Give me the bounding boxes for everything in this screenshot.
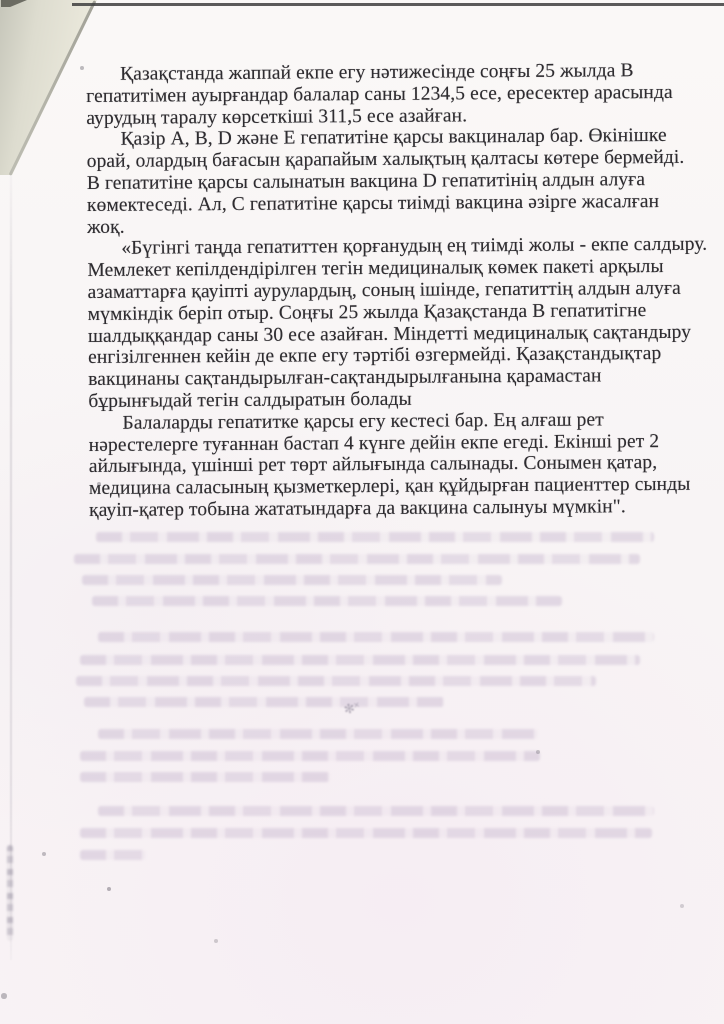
- faint-text-line: [80, 828, 652, 838]
- faint-text-line: [84, 697, 444, 707]
- paragraph: Қазақстанда жаппай екпе егу нәтижесінде …: [86, 60, 668, 129]
- faint-text-line: [80, 772, 330, 782]
- text-line: көмектеседі. Ал, С гепатитіне қарсы тиім…: [87, 191, 669, 217]
- document-text: Қазақстанда жаппай екпе егу нәтижесінде …: [86, 60, 671, 522]
- faint-text-line: [82, 575, 502, 585]
- faint-text-line: [80, 751, 540, 761]
- text-line: гепатитімен ауырғандар балалар саны 1234…: [86, 82, 668, 108]
- paragraph: Қазір А, В, D және Е гепатитіне қарсы ва…: [86, 125, 669, 238]
- scan-left-edge-line: [10, 170, 12, 960]
- faint-text-line: [98, 806, 654, 816]
- faint-text-line: [96, 532, 654, 542]
- paragraph: «Бүгінгі таңда гепатиттен қорғанудың ең …: [87, 234, 670, 412]
- text-line: вакцинаны сақтандырылған-сақтандырылғаны…: [88, 365, 670, 391]
- faint-text-line: [80, 655, 640, 665]
- paragraph: Балаларды гепатитке қарсы егу кестесі ба…: [88, 409, 671, 522]
- faint-text-line: [98, 632, 654, 642]
- faint-text-line: [80, 850, 146, 860]
- scan-left-smudge: [7, 845, 13, 941]
- faint-text-line: [76, 676, 596, 686]
- ink-speck: ✻˟: [342, 698, 367, 720]
- scan-noise-specks: [0, 0, 2, 2]
- faint-text-line: [98, 729, 538, 739]
- text-line: қауіп-қатер тобына жататындарға да вакци…: [89, 496, 671, 522]
- faint-text-line: [74, 554, 640, 564]
- faint-text-line: [92, 596, 562, 606]
- scan-top-edge-line: [72, 3, 724, 6]
- scanned-page: Қазақстанда жаппай екпе егу нәтижесінде …: [0, 0, 724, 1024]
